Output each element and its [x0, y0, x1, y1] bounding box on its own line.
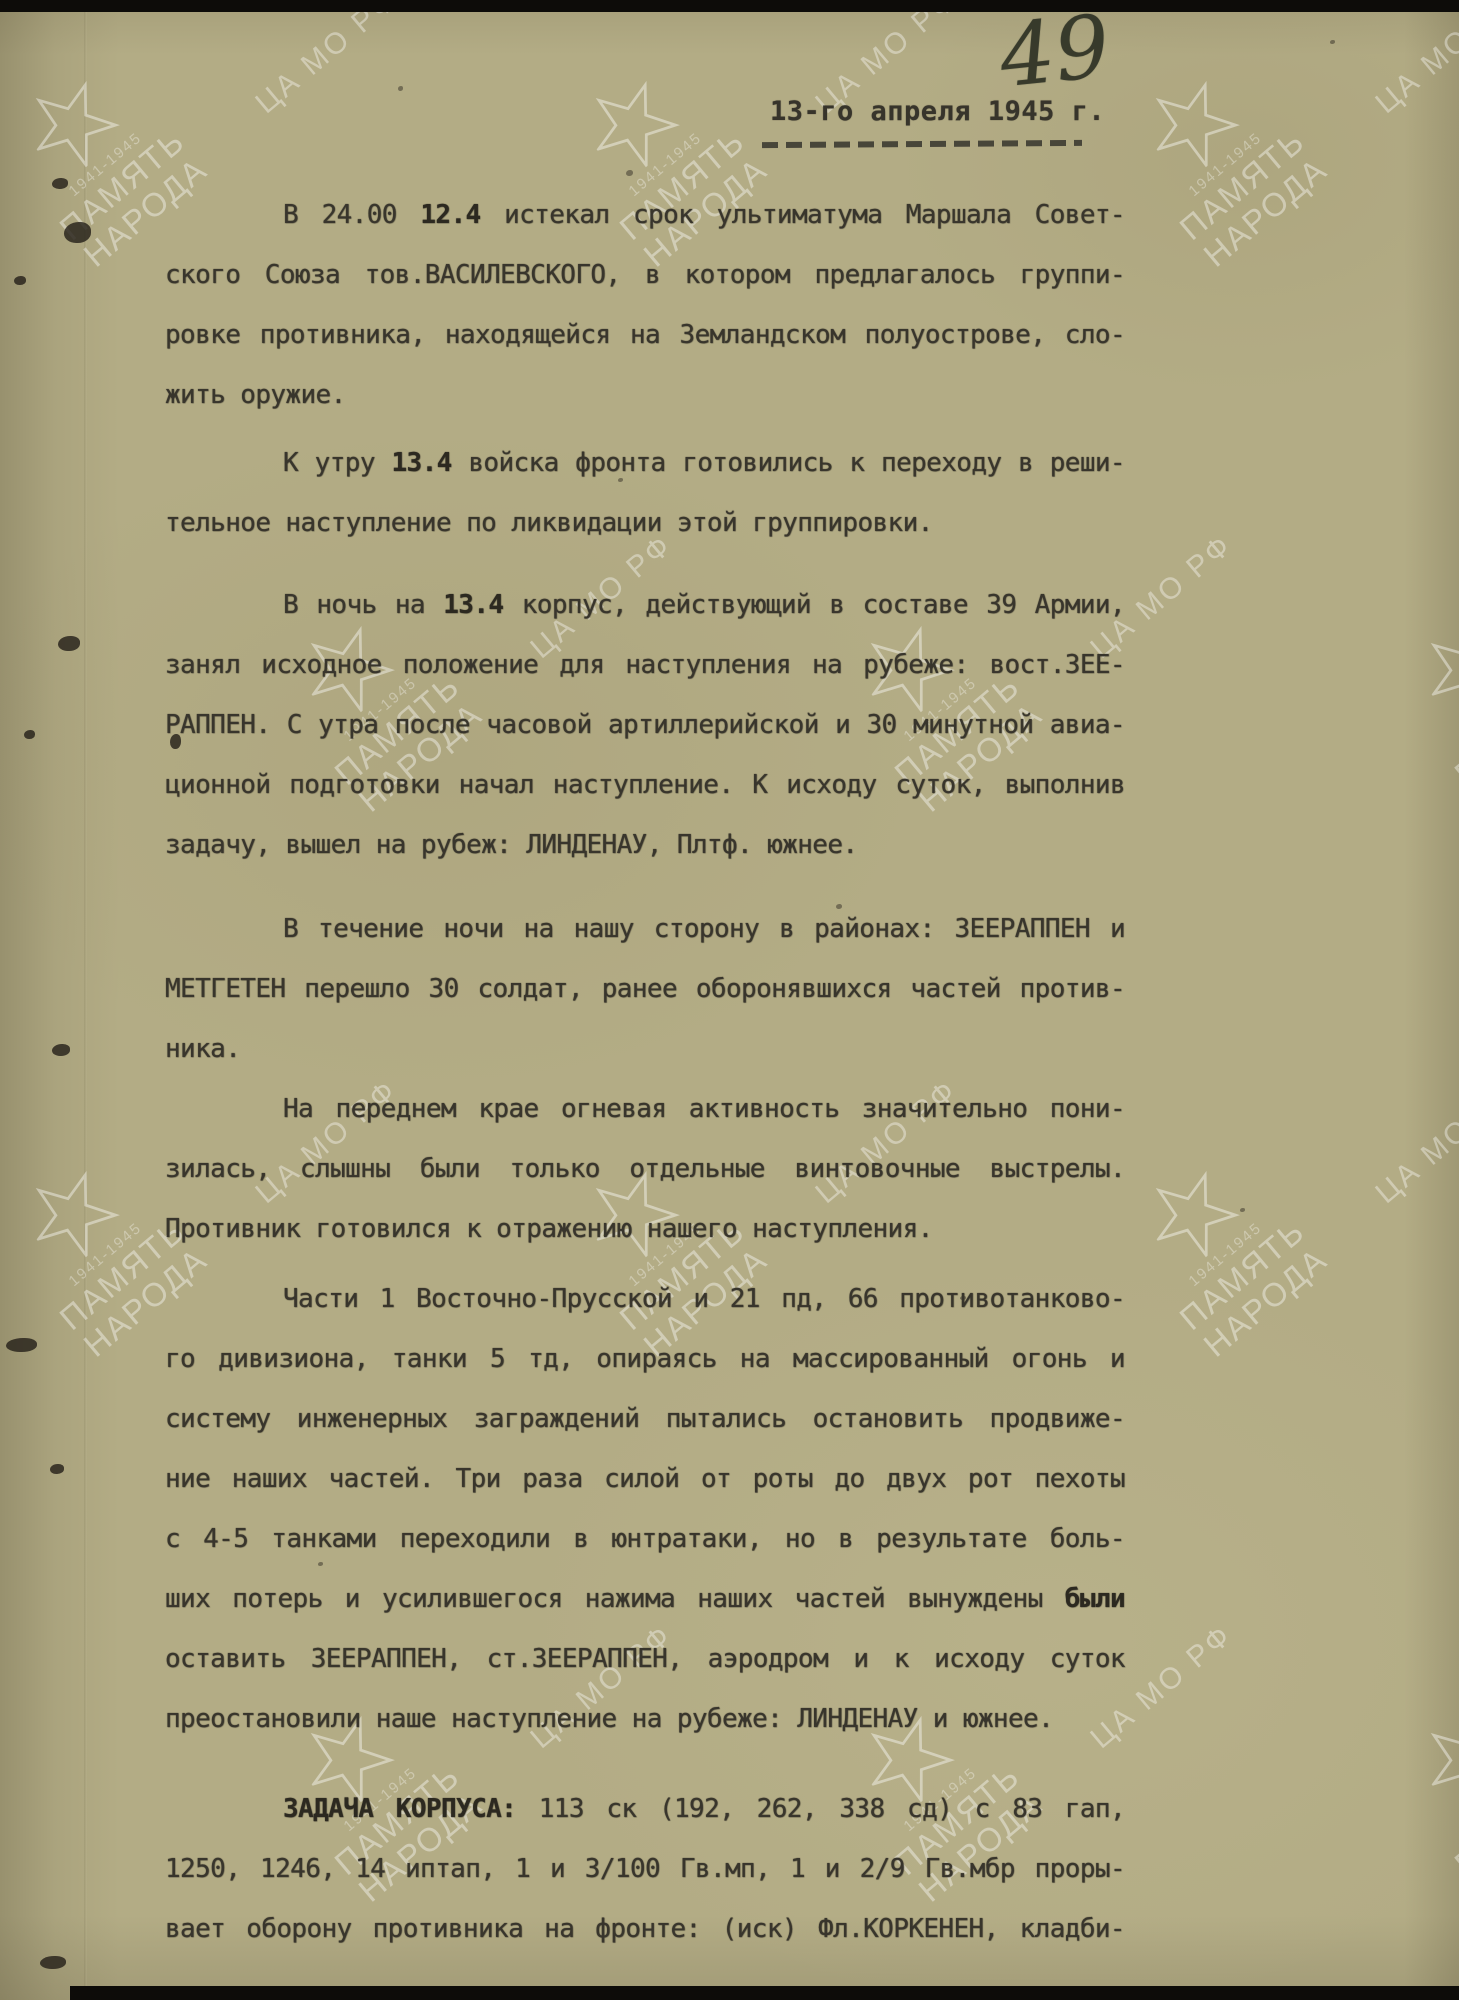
text-line: Противник готовился к отражению нашего н… — [165, 1199, 1125, 1259]
text-line: ровке противника, находящейся на Земланд… — [165, 305, 1125, 365]
ink-spot — [398, 86, 403, 91]
text-line: ЗАДАЧА КОРПУСА: 113 ск (192, 262, 338 сд… — [165, 1779, 1125, 1839]
watermark-tsamo: ЦА МО РФ — [249, 0, 404, 121]
paper-crease — [84, 0, 87, 2000]
text-line: задачу, вышел на рубеж: ЛИНДЕНАУ, Плтф. … — [165, 815, 1125, 875]
paragraph: В 24.00 12.4 истекал срок ультиматума Ма… — [165, 185, 1125, 425]
ink-spot — [1240, 1208, 1245, 1212]
star-icon — [10, 1153, 131, 1274]
watermark-tsamo: ЦА МО РФ — [1369, 0, 1459, 121]
text-line: В течение ночи на нашу сторону в районах… — [165, 899, 1125, 959]
text-line: занял исходное положение для наступления… — [165, 635, 1125, 695]
text-line: преостановили наше наступление на рубеже… — [165, 1689, 1125, 1749]
ink-spot — [14, 276, 26, 285]
watermark-memory-text: ПАМЯТЬНАРОДА — [1418, 1732, 1459, 1934]
star-icon — [570, 63, 691, 184]
watermark-pamyat-naroda: 1941-1945ПАМЯТЬНАРОДА — [1350, 562, 1459, 845]
watermark-tsamo: ЦА МО РФ — [1369, 1073, 1459, 1211]
watermark-years: 1941-1945 — [1407, 1719, 1459, 1880]
paragraph: ЗАДАЧА КОРПУСА: 113 ск (192, 262, 338 сд… — [165, 1779, 1125, 1959]
text-line: МЕТГЕТЕН перешло 30 солдат, ранее оборон… — [165, 959, 1125, 1019]
text-line: тельное наступление по ликвидации этой г… — [165, 493, 1125, 553]
watermark-years: 1941-1945 — [1407, 629, 1459, 790]
document-page: 1941-1945ПАМЯТЬНАРОДАЦА МО РФ1941-1945ПА… — [0, 0, 1459, 2000]
ink-spot — [40, 1956, 66, 1969]
watermark-memory-text: ПАМЯТЬНАРОДА — [1143, 1187, 1365, 1389]
text-line: с 4-5 танками переходили в юнтратаки, но… — [165, 1509, 1125, 1569]
star-icon — [1405, 1698, 1459, 1819]
text-line: зилась, слышны были только отдельные вин… — [165, 1139, 1125, 1199]
paragraph: На переднем крае огневая активность знач… — [165, 1079, 1125, 1259]
date-underline — [762, 140, 1082, 148]
watermark-memory-text: ПАМЯТЬНАРОДА — [1143, 97, 1365, 299]
ink-spot — [52, 1044, 70, 1056]
ink-spot — [58, 636, 80, 651]
text-line: В 24.00 12.4 истекал срок ультиматума Ма… — [165, 185, 1125, 245]
text-line: На переднем крае огневая активность знач… — [165, 1079, 1125, 1139]
page-number-handwritten: 49 — [995, 0, 1114, 107]
ink-spot — [52, 178, 68, 189]
ink-spot — [626, 170, 633, 176]
ink-spot — [64, 222, 91, 243]
text-line: ших потерь и усилившегося нажима наших ч… — [165, 1569, 1125, 1629]
text-line: ние наших частей. Три раза силой от роты… — [165, 1449, 1125, 1509]
text-line: 1250, 1246, 14 иптап, 1 и 3/100 Гв.мп, 1… — [165, 1839, 1125, 1899]
watermark-memory-text: ПАМЯТЬНАРОДА — [1418, 642, 1459, 844]
scan-edge-top — [0, 0, 1459, 12]
text-line: ционной подготовки начал наступление. К … — [165, 755, 1125, 815]
paragraph: В течение ночи на нашу сторону в районах… — [165, 899, 1125, 1079]
scan-edge-bottom — [70, 1986, 1459, 2000]
document-text: В 24.00 12.4 истекал срок ультиматума Ма… — [165, 185, 1125, 1959]
text-line: Части 1 Восточно-Прусской и 21 пд, 66 пр… — [165, 1269, 1125, 1329]
text-line: В ночь на 13.4 корпус, действующий в сос… — [165, 575, 1125, 635]
text-line: РАППЕН. С утра после часовой артиллерийс… — [165, 695, 1125, 755]
watermark-years: 1941-1945 — [1132, 84, 1319, 245]
star-icon — [1405, 608, 1459, 729]
ink-spot — [1330, 40, 1335, 44]
paragraph: К утру 13.4 войска фронта готовились к п… — [165, 433, 1125, 553]
watermark-pamyat-naroda: 1941-1945ПАМЯТЬНАРОДА — [1350, 1652, 1459, 1935]
watermark-years: 1941-1945 — [1132, 1174, 1319, 1335]
ink-spot — [6, 1338, 37, 1352]
text-line: го дивизиона, танки 5 тд, опираясь на ма… — [165, 1329, 1125, 1389]
ink-spot — [50, 1464, 64, 1474]
ink-spot — [24, 730, 35, 739]
star-icon — [1130, 63, 1251, 184]
text-line: жить оружие. — [165, 365, 1125, 425]
text-line: ника. — [165, 1019, 1125, 1079]
star-icon — [1130, 1153, 1251, 1274]
paragraph: Части 1 Восточно-Прусской и 21 пд, 66 пр… — [165, 1269, 1125, 1749]
text-line: оставить ЗЕЕРАППЕН, ст.ЗЕЕРАППЕН, аэродр… — [165, 1629, 1125, 1689]
text-line: К утру 13.4 войска фронта готовились к п… — [165, 433, 1125, 493]
star-icon — [10, 63, 131, 184]
text-line: вает оборону противника на фронте: (иск)… — [165, 1899, 1125, 1959]
text-line: систему инженерных заграждений пытались … — [165, 1389, 1125, 1449]
text-line: ского Союза тов.ВАСИЛЕВСКОГО, в котором … — [165, 245, 1125, 305]
paragraph: В ночь на 13.4 корпус, действующий в сос… — [165, 575, 1125, 875]
